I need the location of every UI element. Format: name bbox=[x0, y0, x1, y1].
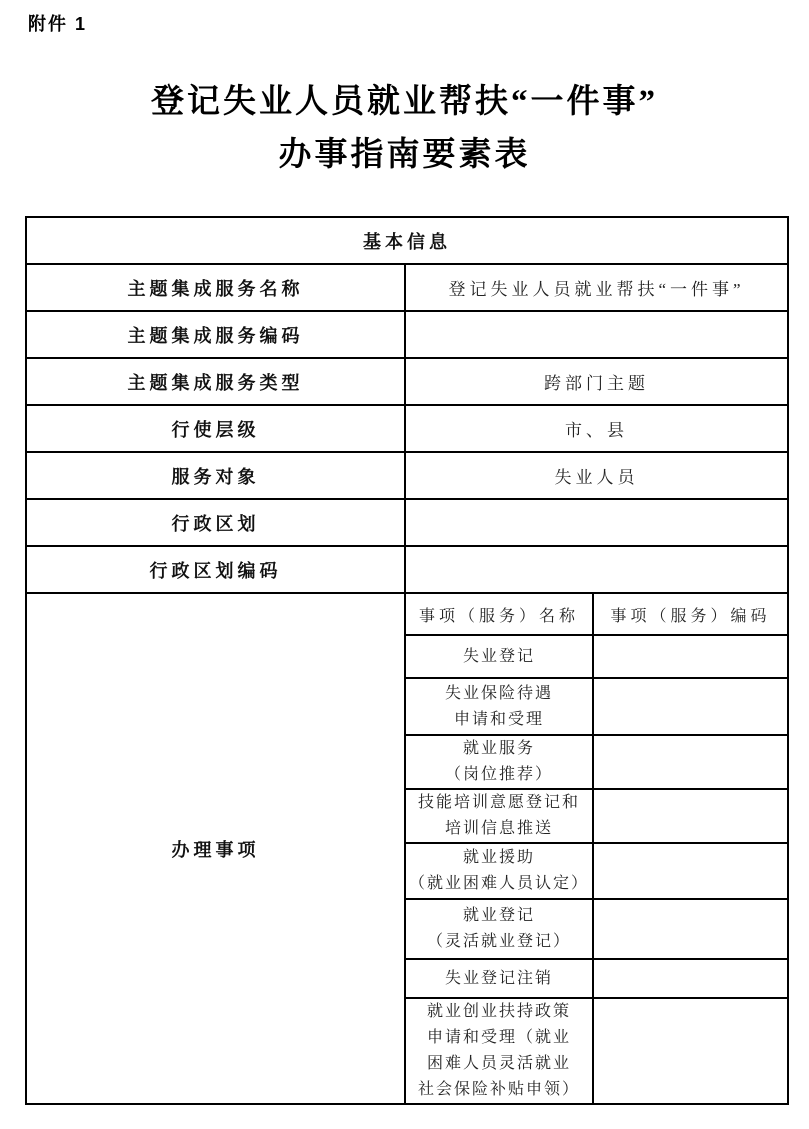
field-label-admin-division: 行政区划 bbox=[26, 499, 405, 546]
matter-item-name: 就业登记 （灵活就业登记） bbox=[405, 899, 593, 959]
table-row: 主题集成服务类型 跨部门主题 bbox=[26, 358, 788, 405]
field-value-admin-division-code bbox=[405, 546, 788, 593]
field-value-service-target: 失业人员 bbox=[405, 452, 788, 499]
table-row: 主题集成服务名称 登记失业人员就业帮扶“一件事” bbox=[26, 264, 788, 311]
document-title: 登记失业人员就业帮扶“一件事” 办事指南要素表 bbox=[0, 76, 809, 182]
matter-item-name: 失业保险待遇 申请和受理 bbox=[405, 678, 593, 735]
field-value-admin-division bbox=[405, 499, 788, 546]
matter-item-name: 就业援助 （就业困难人员认定） bbox=[405, 843, 593, 899]
matters-column-name: 事项（服务）名称 bbox=[405, 593, 593, 635]
table-row: 服务对象 失业人员 bbox=[26, 452, 788, 499]
attachment-label: 附件 1 bbox=[28, 10, 87, 36]
field-label-admin-division-code: 行政区划编码 bbox=[26, 546, 405, 593]
table-row: 行政区划 bbox=[26, 499, 788, 546]
matter-item-name: 失业登记注销 bbox=[405, 959, 593, 998]
field-value-service-name: 登记失业人员就业帮扶“一件事” bbox=[405, 264, 788, 311]
field-value-service-type: 跨部门主题 bbox=[405, 358, 788, 405]
matter-item-code bbox=[593, 959, 788, 998]
matter-item-code bbox=[593, 843, 788, 899]
matter-item-code bbox=[593, 899, 788, 959]
title-line-2: 办事指南要素表 bbox=[0, 129, 809, 182]
field-value-exercise-level: 市、县 bbox=[405, 405, 788, 452]
table-row: 行使层级 市、县 bbox=[26, 405, 788, 452]
title-line-1: 登记失业人员就业帮扶“一件事” bbox=[0, 76, 809, 129]
table-row: 行政区划编码 bbox=[26, 546, 788, 593]
field-value-service-code bbox=[405, 311, 788, 358]
matters-label: 办理事项 bbox=[26, 593, 405, 1104]
field-label-exercise-level: 行使层级 bbox=[26, 405, 405, 452]
matter-item-name: 技能培训意愿登记和 培训信息推送 bbox=[405, 789, 593, 843]
matter-item-name: 就业服务 （岗位推荐） bbox=[405, 735, 593, 789]
matter-item-name: 就业创业扶持政策 申请和受理（就业 困难人员灵活就业 社会保险补贴申领） bbox=[405, 998, 593, 1104]
matter-item-code bbox=[593, 678, 788, 735]
table-row: 主题集成服务编码 bbox=[26, 311, 788, 358]
matter-item-code bbox=[593, 635, 788, 678]
guide-elements-table: 基本信息 主题集成服务名称 登记失业人员就业帮扶“一件事” 主题集成服务编码 主… bbox=[25, 216, 789, 1105]
field-label-service-type: 主题集成服务类型 bbox=[26, 358, 405, 405]
field-label-service-name: 主题集成服务名称 bbox=[26, 264, 405, 311]
matters-column-code: 事项（服务）编码 bbox=[593, 593, 788, 635]
field-label-service-target: 服务对象 bbox=[26, 452, 405, 499]
matters-header-row: 办理事项 事项（服务）名称 事项（服务）编码 bbox=[26, 593, 788, 635]
matter-item-code bbox=[593, 998, 788, 1104]
section-header-basic-info: 基本信息 bbox=[26, 217, 788, 264]
matter-item-code bbox=[593, 735, 788, 789]
matter-item-name: 失业登记 bbox=[405, 635, 593, 678]
field-label-service-code: 主题集成服务编码 bbox=[26, 311, 405, 358]
section-header-row: 基本信息 bbox=[26, 217, 788, 264]
matter-item-code bbox=[593, 789, 788, 843]
